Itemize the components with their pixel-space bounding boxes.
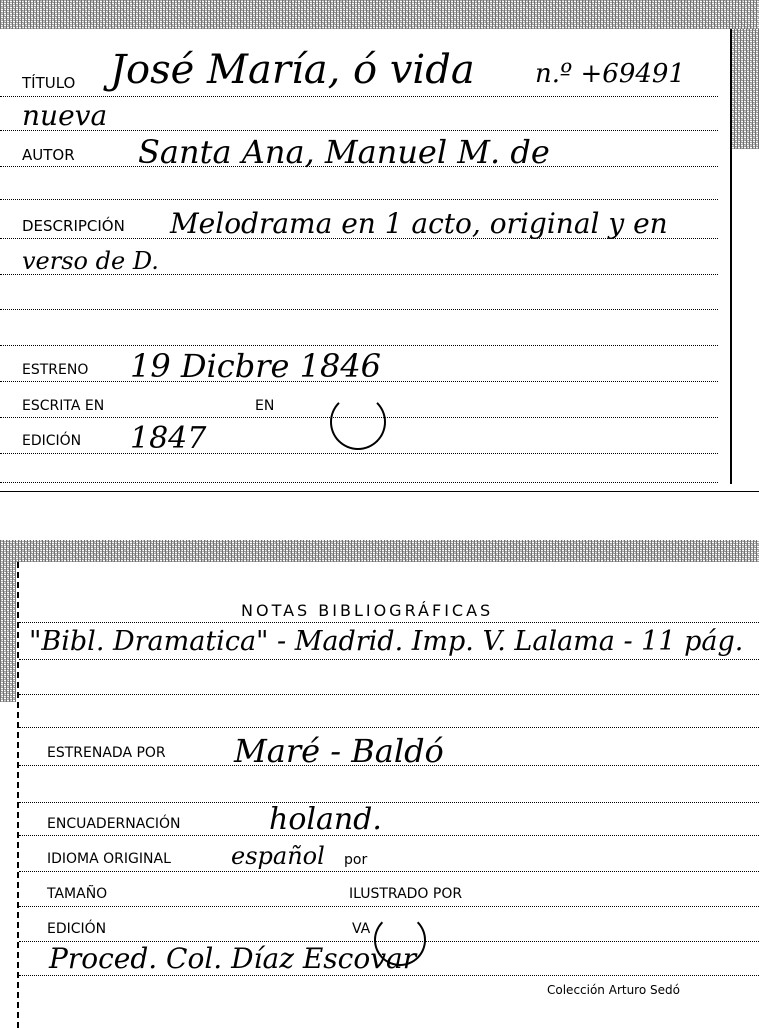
blank-line-4 <box>0 482 718 483</box>
edicion-bottom-label: EDICIÓN <box>47 921 106 937</box>
collection-credit: Colección Arturo Sedó <box>547 983 680 997</box>
edicion-line <box>0 453 718 454</box>
descripcion-value: Melodrama en 1 acto, original y en <box>170 207 668 240</box>
procedencia-value: Proced. Col. Díaz Escovar <box>49 942 416 975</box>
scan-noise-middle <box>0 540 759 562</box>
catalog-number: n.º +69491 <box>535 59 685 89</box>
ilustrado-por-label: ILUSTRADO POR <box>349 886 462 902</box>
notas-line-1 <box>19 659 759 660</box>
notas-line-2 <box>19 694 759 695</box>
tamano-label: TAMAÑO <box>47 886 107 902</box>
titulo-line <box>0 96 718 97</box>
edicion-value: 1847 <box>130 421 206 456</box>
idioma-original-line <box>19 871 759 872</box>
autor-line <box>0 166 718 167</box>
catalog-card-back: NOTAS BIBLIOGRÁFICAS "Bibl. Dramatica" -… <box>17 562 759 1028</box>
notas-line-3 <box>19 727 759 728</box>
titulo-value-continued: nueva <box>22 99 107 132</box>
blank-line-1 <box>0 199 718 200</box>
valor-label: VA <box>352 921 370 937</box>
scan-noise-right <box>731 29 759 149</box>
tamano-line <box>19 906 759 907</box>
descripcion-label: DESCRIPCIÓN <box>22 217 125 235</box>
notas-value: "Bibl. Dramatica" - Madrid. Imp. V. Lala… <box>29 626 743 657</box>
descripcion-value-continued: verso de D. <box>22 247 159 275</box>
autor-label: AUTOR <box>22 146 75 164</box>
idioma-por-label: por <box>344 852 367 868</box>
catalog-card-front: TÍTULO José María, ó vida n.º +69491 nue… <box>0 29 732 484</box>
blank-line-5 <box>19 802 759 803</box>
titulo-value: José María, ó vida <box>110 47 475 93</box>
scan-noise-top <box>0 0 759 29</box>
descripcion-line-2 <box>0 274 718 275</box>
procedencia-line <box>19 975 759 976</box>
notas-heading: NOTAS BIBLIOGRÁFICAS <box>241 601 493 620</box>
estreno-value: 19 Dicbre 1846 <box>130 347 381 385</box>
punch-hole-stamp <box>330 394 386 450</box>
descripcion-line <box>0 238 718 239</box>
edicion-label: EDICIÓN <box>22 433 81 449</box>
en-label: EN <box>255 398 274 414</box>
notas-line-0 <box>19 622 759 623</box>
encuadernacion-label: ENCUADERNACIÓN <box>47 816 180 832</box>
blank-line-2 <box>0 309 718 310</box>
card-divider <box>0 491 759 492</box>
titulo-label: TÍTULO <box>22 74 75 92</box>
estreno-label: ESTRENO <box>22 362 88 378</box>
estrenada-por-label: ESTRENADA POR <box>47 745 166 761</box>
idioma-original-label: IDIOMA ORIGINAL <box>47 851 171 867</box>
estrenada-por-line <box>19 765 759 766</box>
escrita-en-label: ESCRITA EN <box>22 398 104 414</box>
encuadernacion-line <box>19 835 759 836</box>
encuadernacion-value: holand. <box>269 802 382 837</box>
estreno-line <box>0 381 718 382</box>
scan-noise-left <box>0 562 16 702</box>
idioma-original-value: español <box>231 842 325 870</box>
blank-line-3 <box>0 345 718 346</box>
titulo-line-2 <box>0 130 718 131</box>
